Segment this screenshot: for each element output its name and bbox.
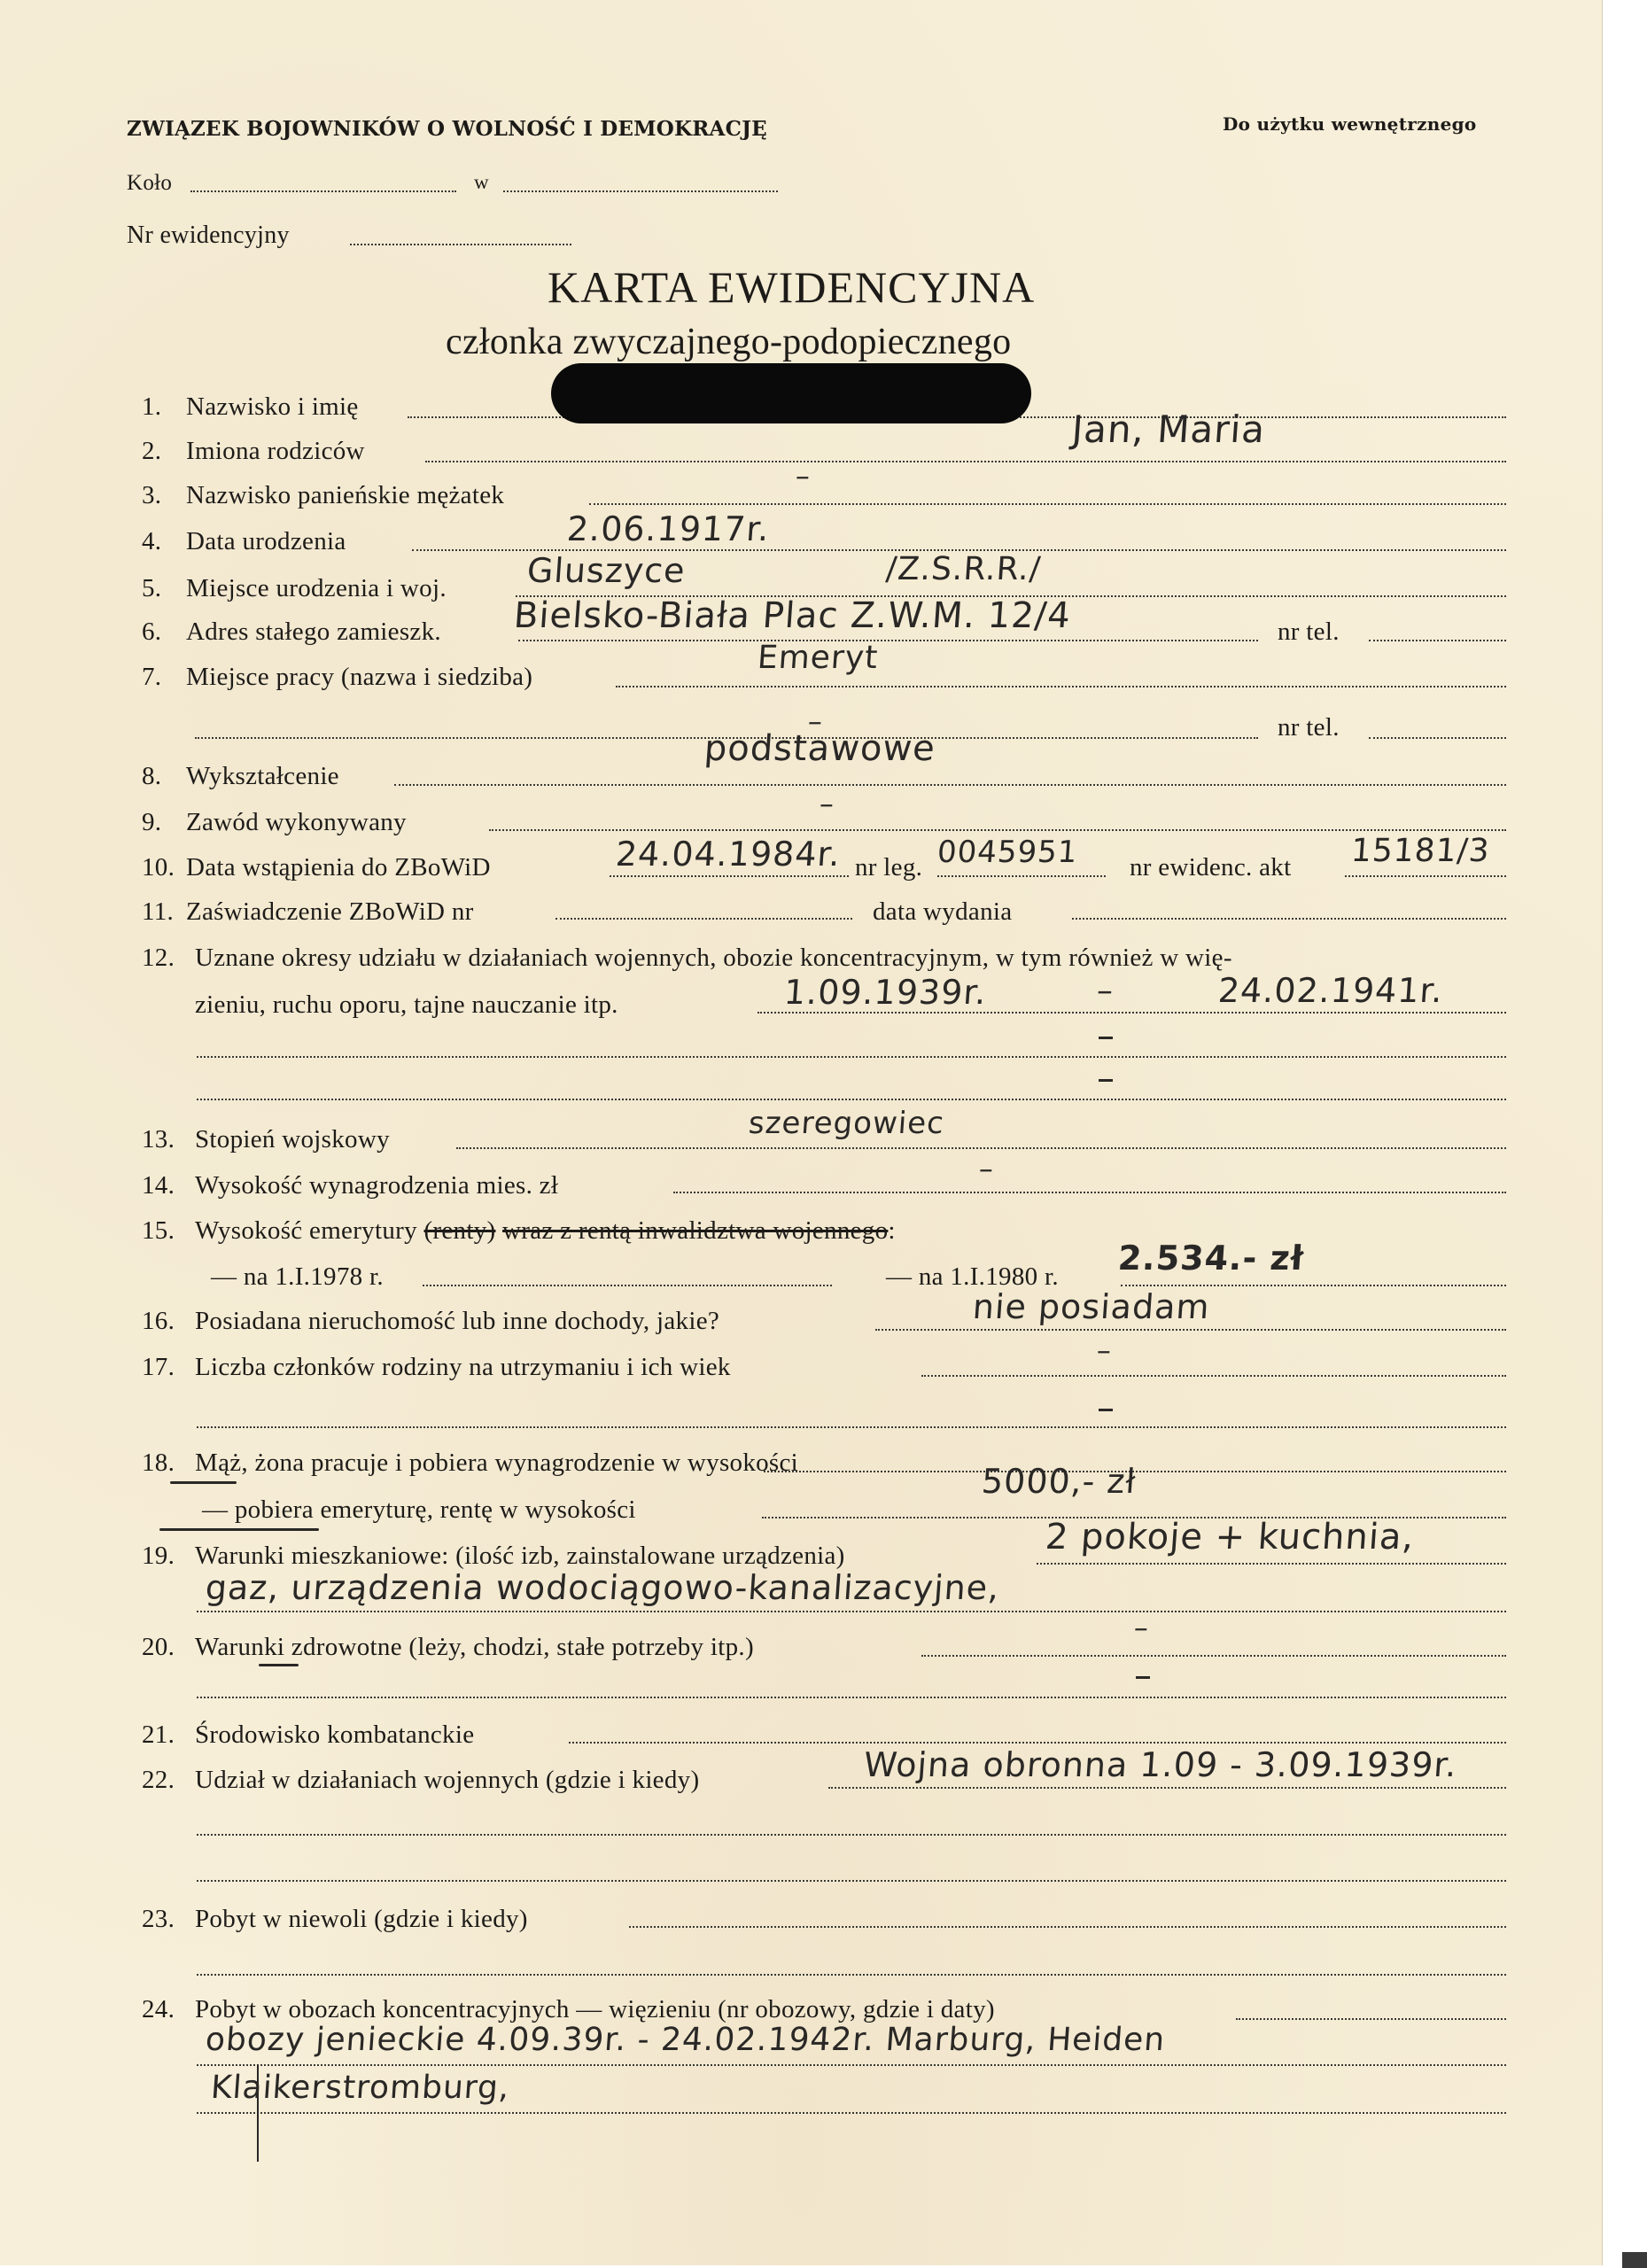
field-22-line[interactable] [828,1787,1506,1789]
page-title: KARTA EWIDENCYJNA [548,261,1035,313]
field-12-value-from: 1.09.1939r. [782,973,988,1012]
field-8-label: Wykształcenie [186,762,339,791]
field-21-number: 21. [142,1720,175,1750]
w-field[interactable] [503,190,778,192]
field-17-line-2[interactable] [197,1426,1506,1428]
field-5-label: Miejsce urodzenia i woj. [186,574,447,603]
dash-mark [1099,1409,1113,1411]
field-15-number: 15. [142,1216,175,1246]
field-12-label-2: zieniu, ruchu oporu, tajne nauczanie itp… [195,990,618,1020]
field-5-value-region: /Z.S.R.R./ [885,551,1043,587]
field-17-number: 17. [142,1353,175,1382]
field-15-label-colon: : [888,1216,895,1245]
field-16-line[interactable] [875,1329,1506,1331]
field-20-line-2[interactable] [197,1697,1506,1698]
dash-mark [1136,1676,1150,1679]
field-22-label: Udział w działaniach wojennych (gdzie i … [195,1766,699,1795]
field-19-label: Warunki mieszkaniowe: (ilość izb, zainst… [195,1542,845,1571]
field-19-value-2: gaz, urządzenia wodociągowo-kanalizacyjn… [204,1568,1000,1607]
field-15-1978-line[interactable] [423,1285,832,1286]
field-1-number: 1. [142,392,161,422]
field-3-number: 3. [142,481,161,510]
field-6-number: 6. [142,617,161,647]
field-16-value: nie posiadam [971,1287,1211,1326]
field-10-nr-leg-line[interactable] [937,875,1106,877]
field-16-label: Posiadana nieruchomość lub inne dochody,… [195,1307,719,1336]
field-19-value: 2 pokoje + kuchnia, [1044,1517,1415,1557]
field-19-number: 19. [142,1542,175,1571]
field-13-value: szeregowiec [748,1106,946,1141]
nr-ewidencyjny-field[interactable] [350,244,571,245]
field-13-label: Stopień wojskowy [195,1125,390,1154]
field-22-line-3[interactable] [197,1880,1506,1882]
field-10-number: 10. [142,853,175,882]
field-14-line[interactable] [673,1192,1506,1193]
field-2-label: Imiona rodziców [186,437,365,466]
field-18-pension-label: — pobiera emeryturę, rentę w wysokości [202,1495,636,1525]
field-9-label: Zawód wykonywany [186,808,407,837]
field-10-date-line[interactable] [610,875,849,877]
scan-corner-mark [1622,2252,1647,2268]
field-20-value: – [1133,1611,1151,1644]
field-24-value-2: Klaikerstromburg, [210,2070,511,2106]
field-11-issue-label: data wydania [873,897,1012,927]
field-6-tel-line[interactable] [1369,640,1506,641]
dash-mark [1099,1079,1113,1082]
field-7-line[interactable] [616,686,1506,687]
field-20-label: Warunki zdrowotne (leży, chodzi, stałe p… [195,1633,754,1662]
pen-stroke [257,2064,259,2162]
field-7-number: 7. [142,663,161,692]
page-subtitle: członka zwyczajnego-podopiecznego [446,321,1011,363]
field-15-label-text: Wysokość emerytury [195,1216,417,1245]
field-8-line[interactable] [394,784,1506,786]
field-12-label: Uznane okresy udziału w działaniach woje… [195,944,1232,973]
field-14-value: – [978,1152,996,1185]
w-label: w [474,171,489,194]
field-14-label: Wysokość wynagrodzenia mies. zł [195,1171,558,1200]
field-8-number: 8. [142,762,161,791]
field-20-number: 20. [142,1633,175,1662]
field-20-line[interactable] [921,1655,1506,1657]
field-5-value: Gluszyce [525,551,687,590]
field-24-line-2[interactable] [197,2064,1506,2066]
organization-name: ZWIĄZEK BOJOWNIKÓW O WOLNOŚĆ I DEMOKRACJ… [127,117,767,141]
field-23-number: 23. [142,1905,175,1934]
field-15-struck-text: wraz z rentą inwalidztwa wojennego [502,1216,888,1245]
field-9-number: 9. [142,808,161,837]
field-13-line[interactable] [456,1147,1506,1149]
field-10-date-value: 24.04.1984r. [614,835,842,874]
underline-zona [170,1481,237,1484]
field-11-number: 11. [142,897,174,927]
underline-pobiera-emeryture [159,1528,319,1531]
field-3-line[interactable] [589,503,1506,505]
field-6-line[interactable] [518,640,1258,641]
field-15-1978-label: — na 1.I.1978 r. [211,1262,384,1292]
redaction-bar [551,363,1031,423]
field-12-value-to: 24.02.1941r. [1216,971,1444,1010]
field-18-number: 18. [142,1449,175,1478]
field-22-value: Wojna obronna 1.09 - 3.09.1939r. [862,1745,1458,1784]
field-5-number: 5. [142,574,161,603]
field-12-number: 12. [142,944,175,973]
field-12-dash: – [1096,973,1115,1009]
field-1-label: Nazwisko i imię [186,392,359,422]
dash-mark [1099,1037,1113,1039]
field-11-label: Zaświadczenie ZBoWiD nr [186,897,474,927]
field-12-line[interactable] [757,1012,1506,1014]
field-18-label: Mąż, żona pracuje i pobiera wynagrodzeni… [195,1449,798,1478]
field-6-label: Adres stałego zamieszk. [186,617,441,647]
field-15-struck-renty: (renty) [423,1216,495,1245]
field-14-number: 14. [142,1171,175,1200]
field-13-number: 13. [142,1125,175,1154]
field-10-label: Data wstąpienia do ZBoWiD [186,853,491,882]
kolo-label: Koło [127,171,172,196]
field-21-line[interactable] [569,1742,1506,1744]
kolo-field[interactable] [190,190,456,192]
field-2-line[interactable] [425,461,1506,462]
field-23-line[interactable] [629,1926,1506,1928]
field-4-number: 4. [142,527,161,556]
internal-use-notice: Do użytku wewnętrznego [1223,113,1477,135]
field-12-line-3[interactable] [197,1099,1506,1100]
field-10-nr-leg-label: nr leg. [855,853,922,882]
field-15-1980-value: 2.534.- zł [1116,1239,1305,1278]
field-16-number: 16. [142,1307,175,1336]
field-11-nr-line[interactable] [555,918,852,920]
field-2-value: Jan, Maria [1070,408,1267,451]
field-11-issue-line[interactable] [1072,918,1506,920]
field-6-value: Bielsko-Biała Plac Z.W.M. 12/4 [512,595,1072,636]
field-15-1980-line[interactable] [1121,1285,1506,1286]
field-10-nr-leg-value: 0045951 [936,835,1079,870]
field-23-label: Pobyt w niewoli (gdzie i kiedy) [195,1905,528,1934]
field-4-label: Data urodzenia [186,527,346,556]
underline-chodzi [259,1664,299,1666]
field-17-value: – [1096,1333,1114,1367]
field-19-line-2[interactable] [197,1611,1506,1612]
field-6-tel-label: nr tel. [1278,617,1340,647]
nr-ewidencyjny-label: Nr ewidencyjny [127,221,290,250]
field-10-akt-line[interactable] [1345,875,1506,877]
field-3-value: – [795,459,812,493]
field-17-label: Liczba członków rodziny na utrzymaniu i … [195,1353,731,1382]
field-24-label: Pobyt w obozach koncentracyjnych — więzi… [195,1995,995,2024]
field-22-number: 22. [142,1766,175,1795]
field-2-number: 2. [142,437,161,466]
field-22-line-2[interactable] [197,1834,1506,1836]
field-24-number: 24. [142,1995,175,2024]
field-15-label: Wysokość emerytury (renty) wraz z rentą … [195,1216,896,1246]
field-19-line[interactable] [1037,1563,1506,1565]
field-18-pension-value: 5000,- zł [980,1462,1137,1501]
field-7-tel-line[interactable] [1369,737,1506,739]
field-7-value: Emeryt [757,640,880,676]
field-9-line[interactable] [489,829,1506,831]
field-12-line-2[interactable] [197,1056,1506,1058]
field-7-tel-label: nr tel. [1278,713,1340,742]
field-8-value: podstawowe [703,728,936,769]
field-7-label: Miejsce pracy (nazwa i siedziba) [186,663,532,692]
field-24-value: obozy jenieckie 4.09.39r. - 24.02.1942r.… [205,2022,1167,2058]
field-24-line-3[interactable] [197,2112,1506,2114]
field-17-line[interactable] [921,1375,1506,1377]
field-24-line[interactable] [1236,2018,1506,2020]
field-21-label: Środowisko kombatanckie [195,1720,474,1750]
field-3-label: Nazwisko panieńskie mężatek [186,481,504,510]
field-23-line-2[interactable] [197,1974,1506,1976]
field-9-value: – [819,787,836,820]
document-page: ZWIĄZEK BOJOWNIKÓW O WOLNOŚĆ I DEMOKRACJ… [0,0,1603,2265]
field-10-akt-label: nr ewidenc. akt [1130,853,1291,882]
field-4-value: 2.06.1917r. [565,509,771,548]
field-10-akt-value: 15181/3 [1350,833,1491,869]
